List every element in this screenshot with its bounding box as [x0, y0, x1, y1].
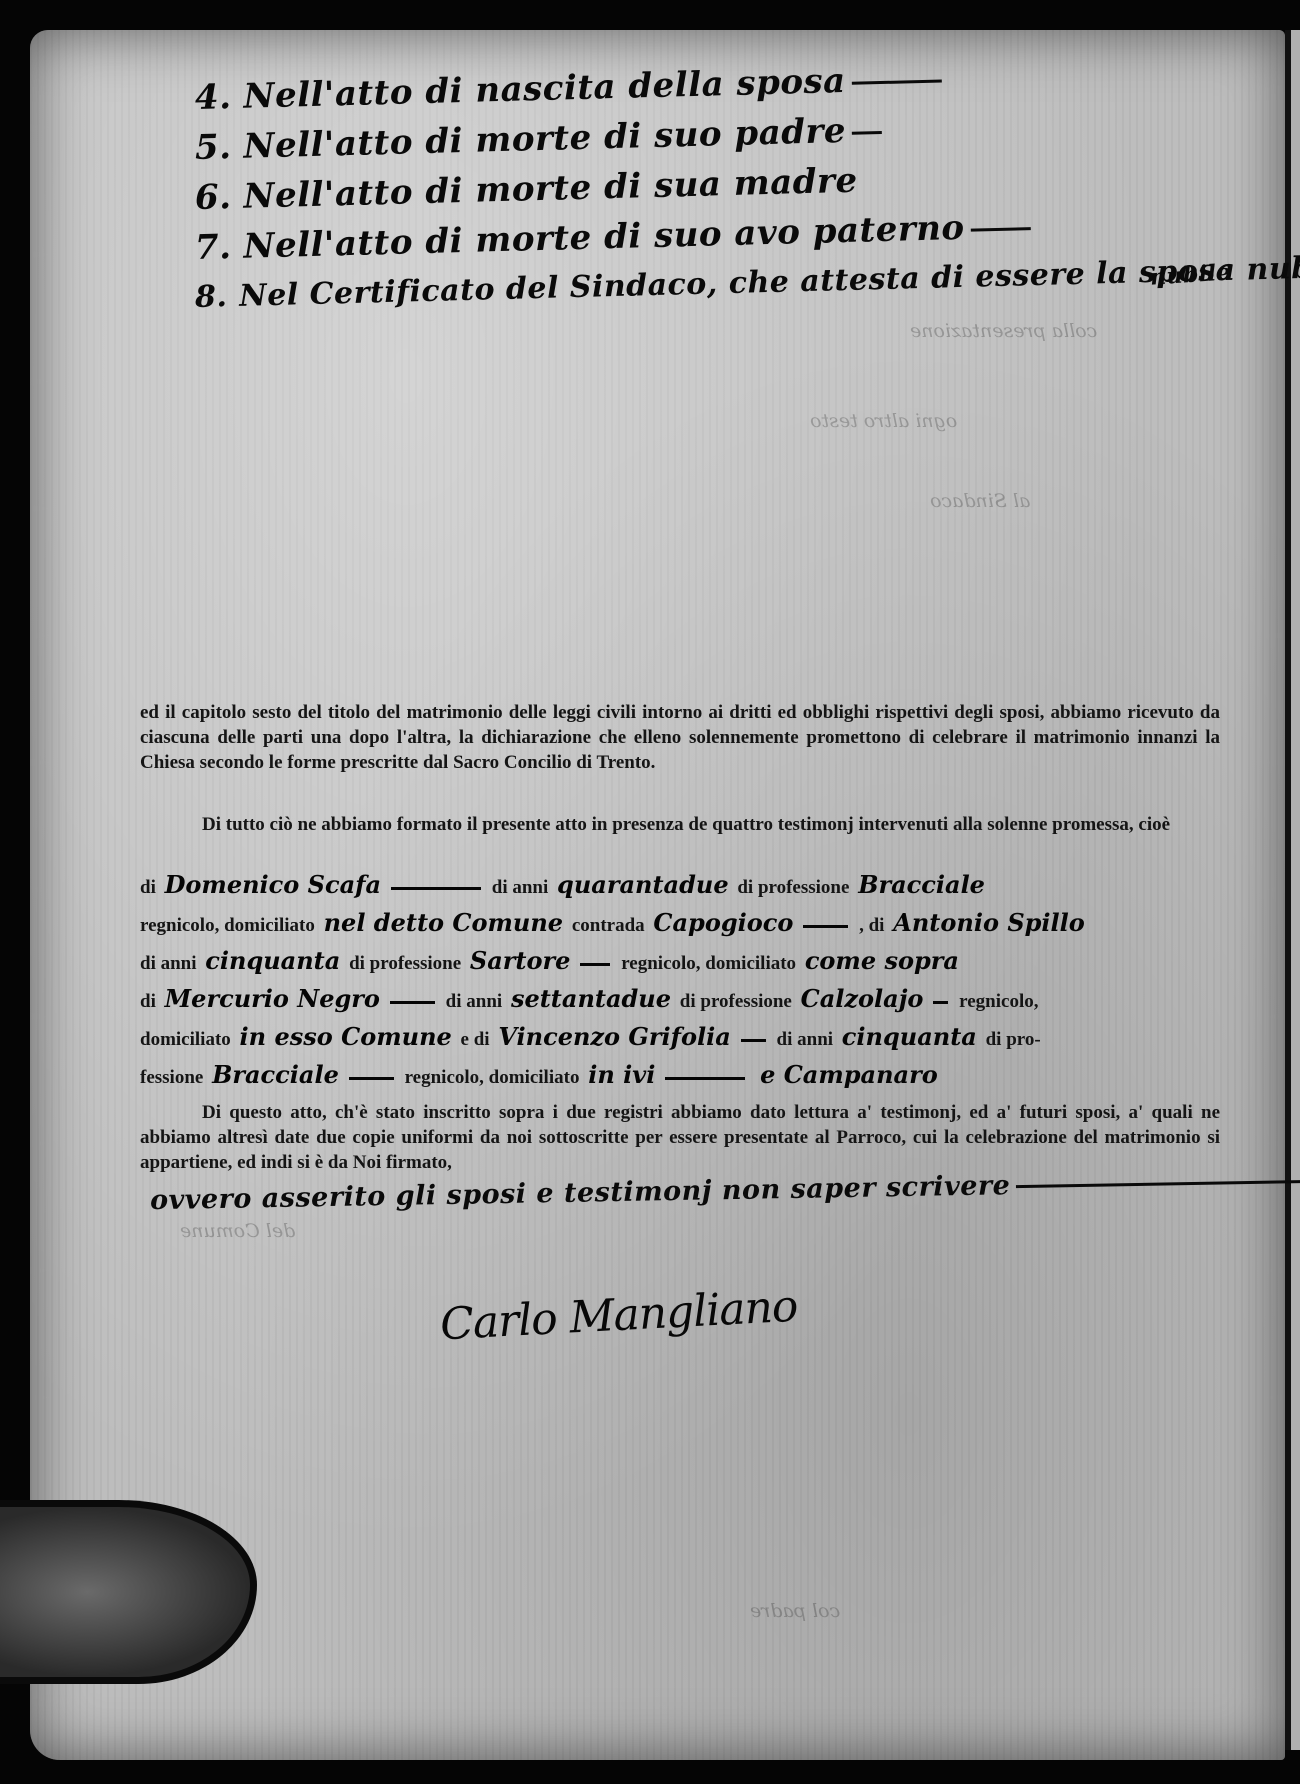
witness-domicile: in ivi	[588, 1060, 655, 1089]
witness-extra: e Campanaro	[760, 1060, 938, 1089]
witness-row-6: fessione Bracciale regnicolo, domiciliat…	[140, 1058, 1230, 1092]
bleed-through-text: ogni altro testo	[810, 410, 957, 432]
witness-row-5: domiciliato in esso Comune e di Vincenzo…	[140, 1020, 1230, 1054]
witness-profession: Calzolajo	[801, 984, 924, 1013]
witness-name: Mercurio Negro	[165, 984, 380, 1013]
witness-row-2: regnicolo, domiciliato nel detto Comune …	[140, 906, 1230, 940]
witness-row-3: di anni cinquanta di professione Sartore…	[140, 944, 1230, 978]
printed-paragraph-witnesses-intro: Di tutto ciò ne abbiamo formato il prese…	[140, 812, 1220, 837]
bleed-through-text: colla presentazione	[910, 320, 1097, 342]
witness-age: cinquanta	[205, 946, 340, 975]
witness-row-1: di Domenico Scafa di anni quarantadue di…	[140, 868, 1230, 902]
witness-domicile: come sopra	[805, 946, 959, 975]
witness-profession: Bracciale	[212, 1060, 339, 1089]
witness-profession: Sartore	[470, 946, 571, 975]
witness-name: Antonio Spillo	[893, 908, 1085, 937]
witness-contrada: Capogioco	[653, 908, 793, 937]
witness-age: settantadue	[511, 984, 671, 1013]
bleed-through-text: del Comune	[180, 1220, 295, 1242]
adjacent-page-edge	[1285, 30, 1300, 1750]
witness-profession: Bracciale	[858, 870, 985, 899]
witness-name: Domenico Scafa	[165, 870, 381, 899]
bleed-through-text: col padre	[750, 1600, 840, 1622]
witness-row-4: di Mercurio Negro di anni settantadue di…	[140, 982, 1230, 1016]
thumb-shadow	[0, 1500, 257, 1684]
printed-paragraph-declaration: ed il capitolo sesto del titolo del matr…	[140, 700, 1220, 775]
bleed-through-text: al Sindaco	[930, 490, 1030, 512]
witness-domicile: nel detto Comune	[324, 908, 563, 937]
witness-domicile: in esso Comune	[240, 1022, 452, 1051]
witness-age: cinquanta	[842, 1022, 977, 1051]
witness-name: Vincenzo Grifolia	[498, 1022, 730, 1051]
witness-age: quarantadue	[557, 870, 729, 899]
printed-paragraph-reading: Di questo atto, ch'è stato inscritto sop…	[140, 1100, 1220, 1175]
